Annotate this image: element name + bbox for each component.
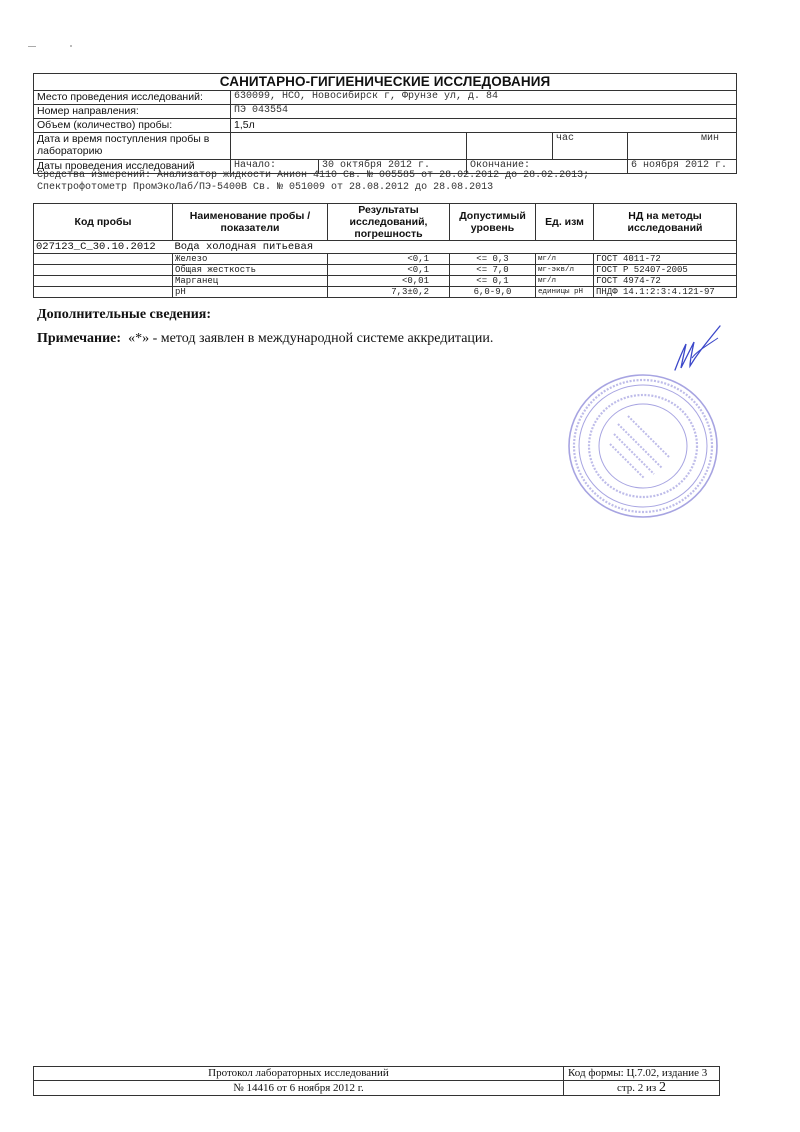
page-total: 2: [659, 1080, 666, 1095]
received-hour: [467, 133, 553, 160]
method: ГОСТ Р 52407-2005: [594, 265, 737, 276]
volume-label: Объем (количество) пробы:: [34, 119, 231, 133]
indicator: Общая жесткость: [173, 265, 328, 276]
note-text: «*» - метод заявлен в международной сист…: [128, 331, 493, 346]
volume-value: 1,5л: [231, 119, 737, 133]
min-label: мин: [701, 133, 719, 144]
method: ГОСТ 4974-72: [594, 276, 737, 287]
col-result: Результаты исследований, погрешность: [328, 204, 450, 241]
referral-value: ПЭ 043554: [231, 105, 737, 119]
sample-row: 027123_C_30.10.2012 Вода холодная питьев…: [34, 241, 737, 254]
unit: мг-экв/л: [536, 265, 594, 276]
method: ПНДФ 14.1:2:3:4.121-97: [594, 287, 737, 298]
referral-label: Номер направления:: [34, 105, 231, 119]
col-indicator: Наименование пробы / показатели: [173, 204, 328, 241]
empty-cell: [34, 265, 173, 276]
form-code: Код формы: Ц.7.02, издание 3: [564, 1067, 720, 1081]
limit: <= 0,3: [450, 254, 536, 265]
sample-code: 027123_C_30.10.2012: [34, 241, 173, 254]
document-title: САНИТАРНО-ГИГИЕНИЧЕСКИЕ ИССЛЕДОВАНИЯ: [34, 74, 737, 91]
protocol-title: Протокол лабораторных исследований: [34, 1067, 564, 1081]
instruments-line-1: Средства измерений: Анализатор жидкости …: [37, 170, 589, 182]
place-value: 630099, НСО, Новосибирск г, Фрунзе ул, д…: [231, 91, 737, 105]
indicator: Марганец: [173, 276, 328, 287]
indicator: Железо: [173, 254, 328, 265]
results-table: Код пробы Наименование пробы / показател…: [33, 203, 737, 298]
col-limit: Допустимый уровень: [450, 204, 536, 241]
unit: мг/л: [536, 276, 594, 287]
empty-cell: [34, 276, 173, 287]
page-number: стр. 2 из 2: [564, 1081, 720, 1096]
result: 7,3±0,2: [328, 287, 450, 298]
col-unit: Ед. изм: [536, 204, 594, 241]
table-row: Железо <0,1 <= 0,3 мг/л ГОСТ 4011-72: [34, 254, 737, 265]
method: ГОСТ 4011-72: [594, 254, 737, 265]
protocol-number: № 14416 от 6 ноября 2012 г.: [34, 1081, 564, 1096]
result: <0,01: [328, 276, 450, 287]
limit: <= 7,0: [450, 265, 536, 276]
protocol-footer: Протокол лабораторных исследований Код ф…: [33, 1066, 720, 1096]
empty-cell: [34, 287, 173, 298]
scan-speck: [70, 45, 72, 47]
table-row: Марганец <0,01 <= 0,1 мг/л ГОСТ 4974-72: [34, 276, 737, 287]
received-date: [231, 133, 467, 160]
sample-info-table: САНИТАРНО-ГИГИЕНИЧЕСКИЕ ИССЛЕДОВАНИЯ Мес…: [33, 73, 737, 174]
limit: <= 0,1: [450, 276, 536, 287]
unit: мг/л: [536, 254, 594, 265]
note-label: Примечание:: [37, 331, 121, 346]
place-label: Место проведения исследований:: [34, 91, 231, 105]
col-sample-code: Код пробы: [34, 204, 173, 241]
indicator: pH: [173, 287, 328, 298]
stamp-icon: [566, 372, 720, 520]
limit: 6,0-9,0: [450, 287, 536, 298]
result: <0,1: [328, 265, 450, 276]
table-row: Общая жесткость <0,1 <= 7,0 мг-экв/л ГОС…: [34, 265, 737, 276]
scan-speck: [28, 46, 36, 47]
page-prefix: стр. 2 из: [617, 1082, 659, 1094]
additional-info-heading: Дополнительные сведения:: [37, 307, 211, 323]
empty-cell: [34, 254, 173, 265]
table-row: pH 7,3±0,2 6,0-9,0 единицы pH ПНДФ 14.1:…: [34, 287, 737, 298]
min-cell: мин: [628, 133, 737, 160]
end-value: 6 ноября 2012 г.: [628, 160, 737, 174]
col-method: НД на методы исследований: [594, 204, 737, 241]
sample-name: Вода холодная питьевая: [173, 241, 737, 254]
signature-icon: [672, 322, 722, 372]
hour-label-text: час: [556, 133, 574, 144]
hour-label: час: [553, 133, 628, 160]
instruments-line-2: Спектрофотометр ПромЭкоЛаб/ПЭ-5400В Св. …: [37, 182, 493, 194]
received-label: Дата и время поступления пробы в лаборат…: [34, 133, 231, 160]
unit: единицы pH: [536, 287, 594, 298]
result: <0,1: [328, 254, 450, 265]
note: Примечание: «*» - метод заявлен в междун…: [37, 331, 493, 347]
